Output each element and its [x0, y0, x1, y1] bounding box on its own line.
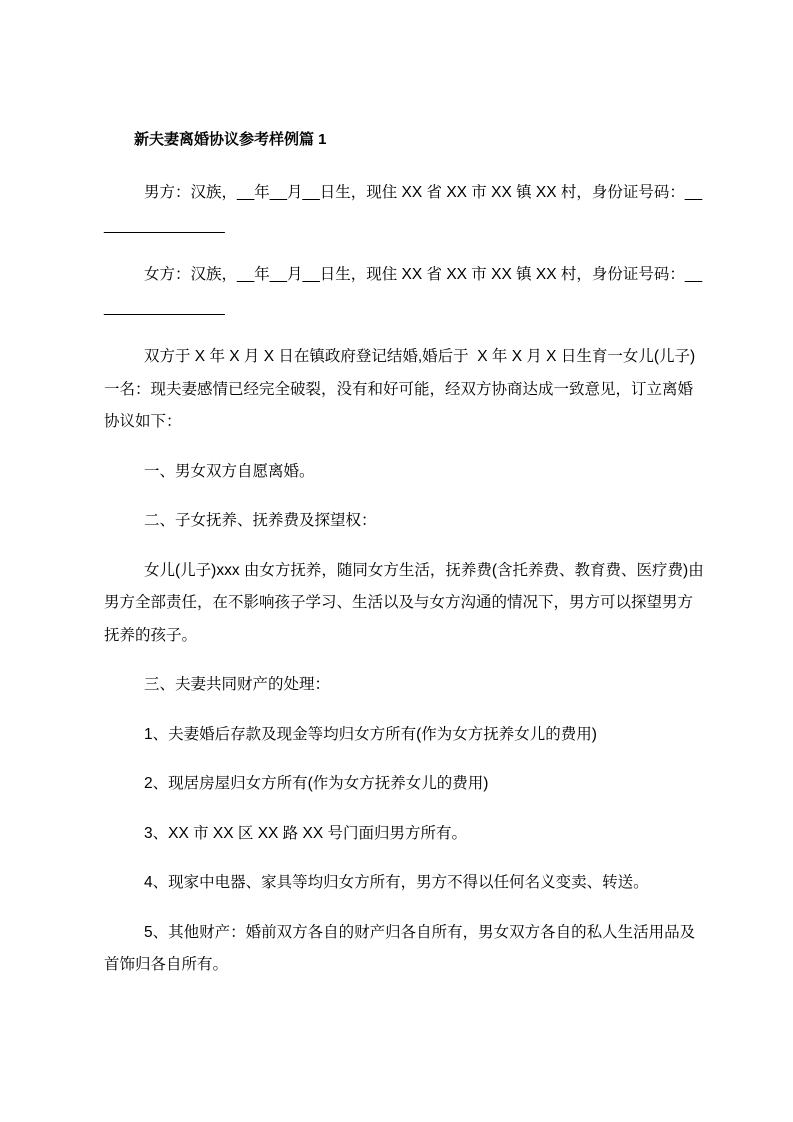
paragraph: 三、夫妻共同财产的处理：	[104, 669, 705, 702]
paragraph: 4、现家中电器、家具等均归女方所有，男方不得以任何名义变卖、转送。	[104, 867, 705, 900]
paragraph: 1、夫妻婚后存款及现金等均归女方所有(作为女方抚养女儿的费用)	[104, 719, 705, 752]
document-body: 男方：汉族，__年__月__日生，现住 XX 省 XX 市 XX 镇 XX 村，…	[104, 177, 705, 982]
document-page: 新夫妻离婚协议参考样例篇 1 男方：汉族，__年__月__日生，现住 XX 省 …	[0, 0, 793, 1122]
paragraph: 双方于 X 年 X 月 X 日在镇政府登记结婚,婚后于 X 年 X 月 X 日生…	[104, 341, 705, 439]
paragraph: 女方：汉族，__年__月__日生，现住 XX 省 XX 市 XX 镇 XX 村，…	[104, 259, 705, 324]
paragraph: 二、子女抚养、抚养费及探望权：	[104, 505, 705, 538]
paragraph: 女儿(儿子)xxx 由女方抚养，随同女方生活，抚养费(含托养费、教育费、医疗费)…	[104, 555, 705, 653]
paragraph: 3、XX 市 XX 区 XX 路 XX 号门面归男方所有。	[104, 818, 705, 851]
paragraph: 一、男女双方自愿离婚。	[104, 456, 705, 489]
document-title: 新夫妻离婚协议参考样例篇 1	[104, 130, 705, 150]
paragraph: 5、其他财产：婚前双方各自的财产归各自所有，男女双方各自的私人生活用品及首饰归各…	[104, 917, 705, 982]
paragraph: 男方：汉族，__年__月__日生，现住 XX 省 XX 市 XX 镇 XX 村，…	[104, 177, 705, 242]
paragraph: 2、现居房屋归女方所有(作为女方抚养女儿的费用)	[104, 768, 705, 801]
